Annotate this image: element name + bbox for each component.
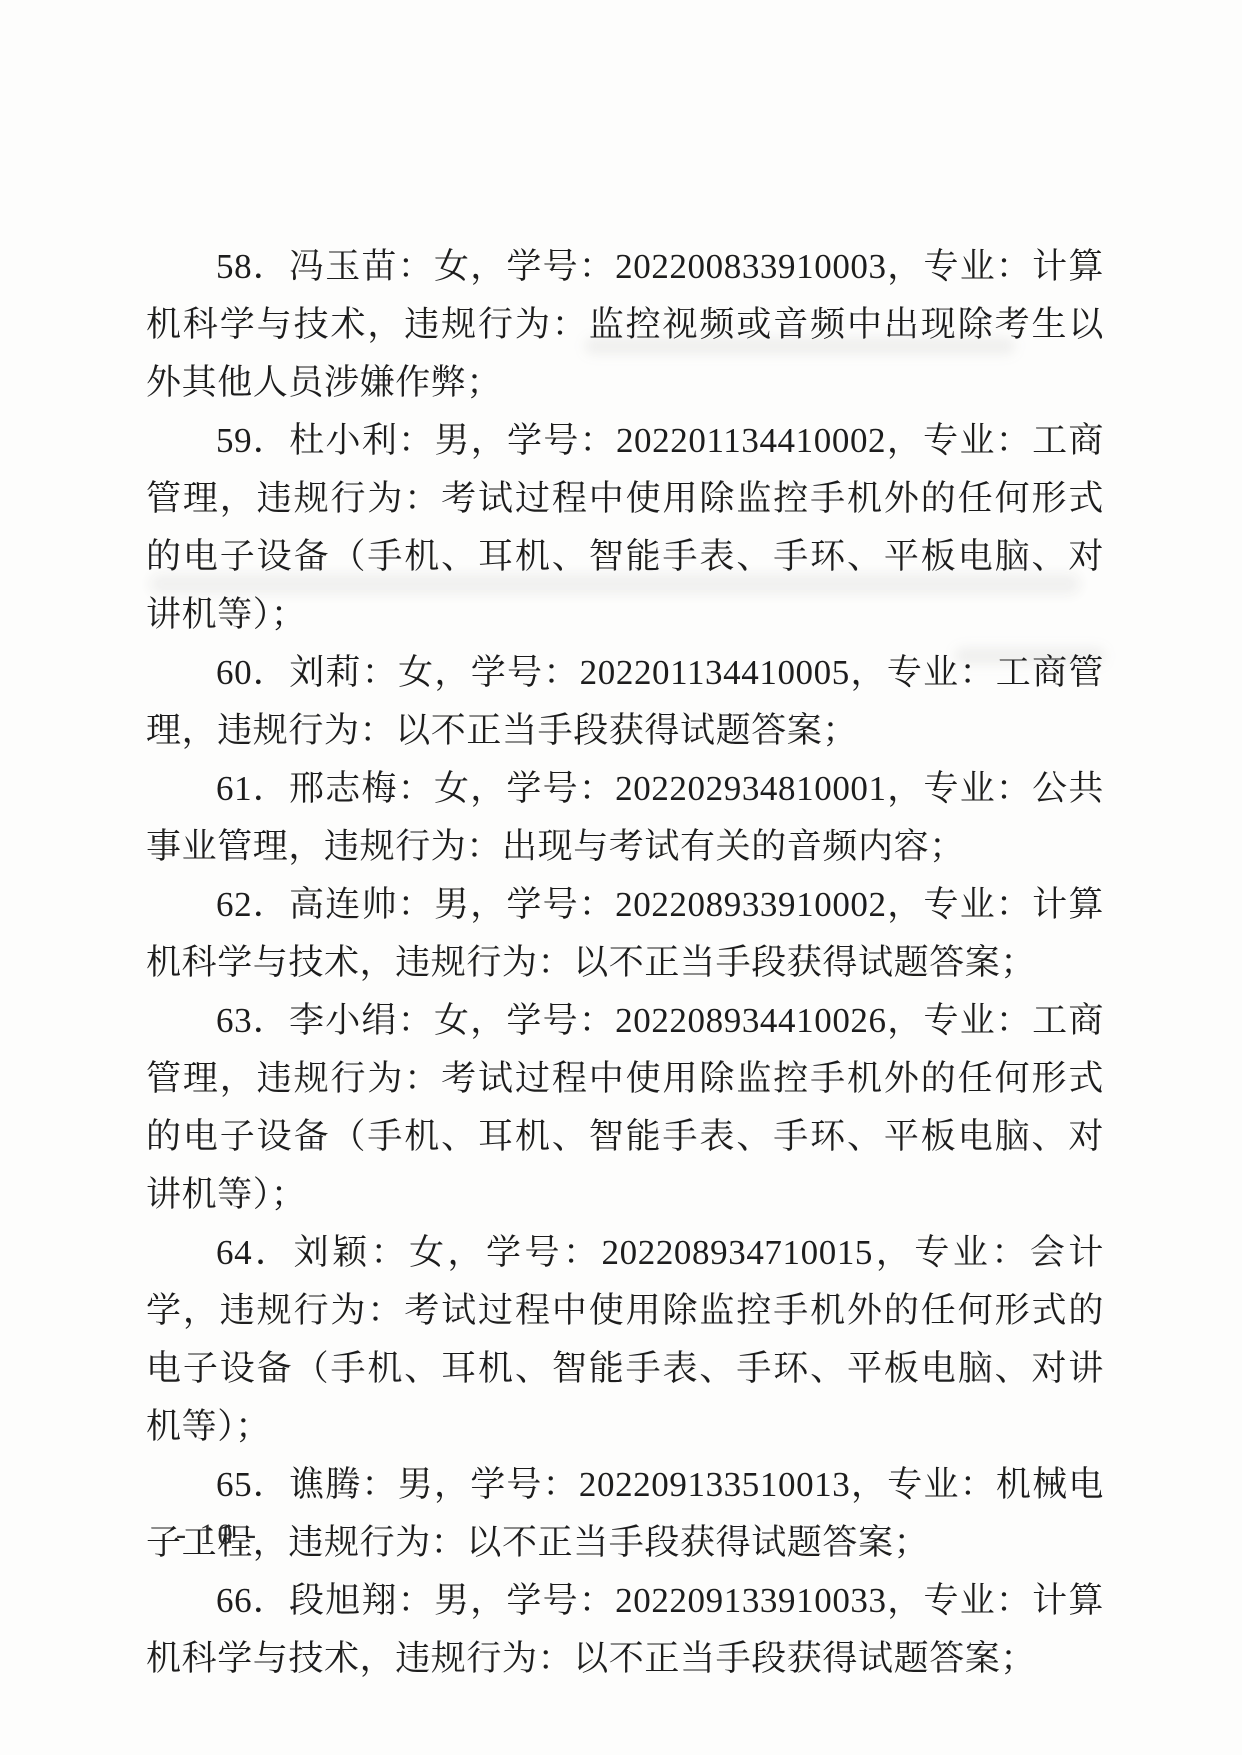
violation-entry: 63．李小绢：女，学号：202208934410026，专业：工商管理，违规行为…: [146, 992, 1104, 1224]
page-number: - 10 -: [176, 1518, 259, 1552]
violation-entry: 65．谯腾：男，学号：202209133510013，专业：机械电子工程，违规行…: [146, 1456, 1104, 1572]
violation-entries-list: 58．冯玉苗：女，学号：202200833910003，专业：计算机科学与技术，…: [146, 238, 1104, 1688]
violation-entry: 61．邢志梅：女，学号：202202934810001，专业：公共事业管理，违规…: [146, 760, 1104, 876]
violation-entry: 64．刘颖：女，学号：202208934710015，专业：会计学，违规行为：考…: [146, 1224, 1104, 1456]
violation-entry: 62．高连帅：男，学号：202208933910002，专业：计算机科学与技术，…: [146, 876, 1104, 992]
violation-entry: 60．刘莉：女，学号：202201134410005，专业：工商管理，违规行为：…: [146, 644, 1104, 760]
scanned-document-page: 58．冯玉苗：女，学号：202200833910003，专业：计算机科学与技术，…: [0, 0, 1242, 1755]
violation-entry: 58．冯玉苗：女，学号：202200833910003，专业：计算机科学与技术，…: [146, 238, 1104, 412]
violation-entry: 59．杜小利：男，学号：202201134410002，专业：工商管理，违规行为…: [146, 412, 1104, 644]
violation-entry: 66．段旭翔：男，学号：202209133910033，专业：计算机科学与技术，…: [146, 1572, 1104, 1688]
